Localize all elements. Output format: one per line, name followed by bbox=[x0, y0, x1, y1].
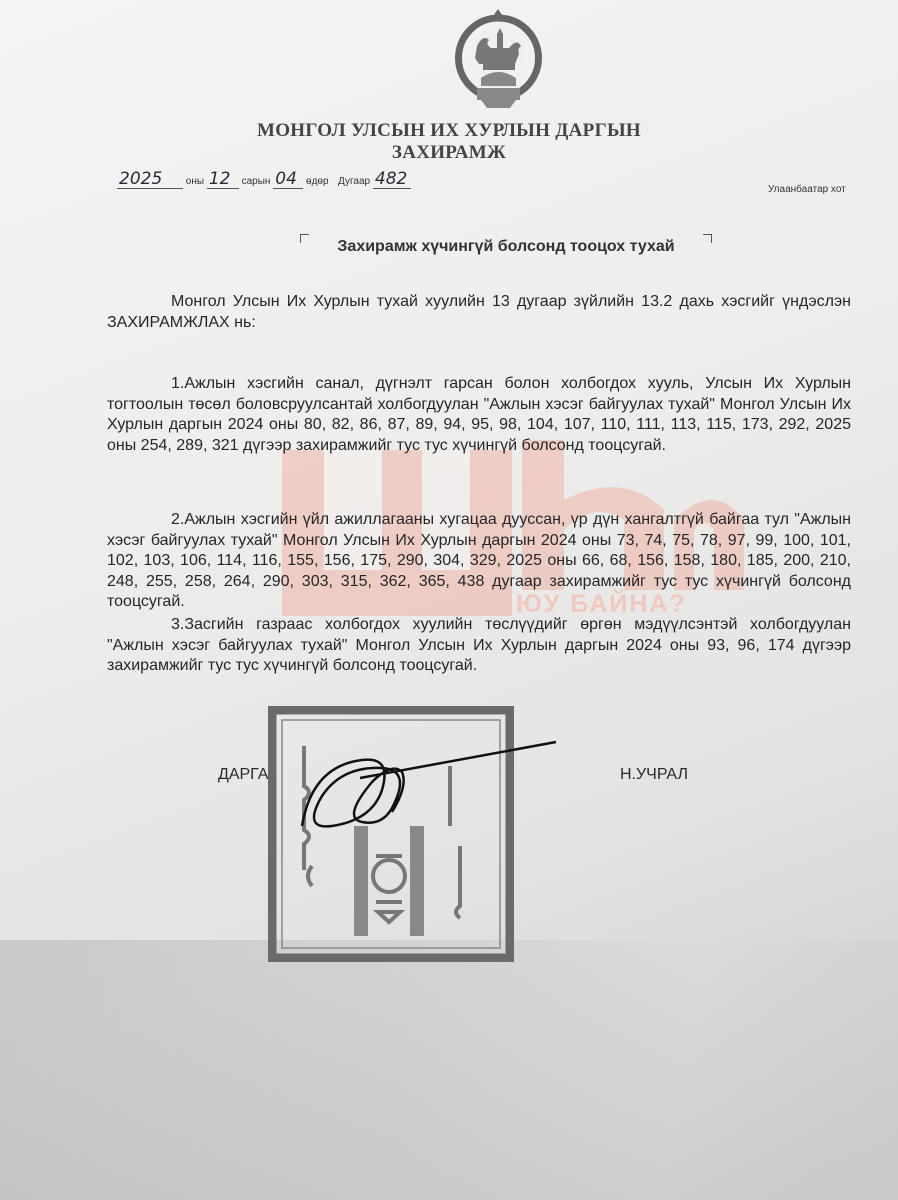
day-value: 04 bbox=[273, 170, 303, 189]
year-suffix: оны bbox=[186, 176, 204, 187]
number-label: Дугаар bbox=[338, 176, 370, 187]
preamble: Монгол Улсын Их Хурлын тухай хуулийн 13 … bbox=[107, 292, 851, 333]
signature-mark-icon bbox=[300, 738, 560, 838]
paper-shadow bbox=[0, 940, 898, 1200]
clause-3: 3.Засгийн газраас холбогдох хуулийн төсл… bbox=[107, 615, 851, 677]
signatory-name: Н.УЧРАЛ bbox=[620, 766, 688, 784]
number-field: Дугаар 482 bbox=[338, 170, 411, 189]
date-field: 2025 оны 12 сарын 04 өдөр bbox=[117, 170, 329, 189]
state-emblem-icon bbox=[451, 6, 546, 114]
clause-2: 2.Ажлын хэсгийн үйл ажиллагааны хугацаа … bbox=[107, 510, 851, 613]
month-suffix: сарын bbox=[242, 176, 271, 187]
clause-1: 1.Ажлын хэсгийн санал, дүгнэлт гарсан бо… bbox=[107, 374, 851, 456]
subject-heading: Захирамж хүчингүй болсонд тооцох тухай bbox=[300, 238, 712, 256]
year-value: 2025 bbox=[117, 170, 183, 189]
city: Улаанбаатар хот bbox=[768, 184, 846, 195]
bracket-right bbox=[703, 234, 712, 243]
document-type-title: ЗАХИРАМЖ bbox=[0, 142, 898, 164]
month-value: 12 bbox=[207, 170, 239, 189]
bracket-left bbox=[300, 234, 309, 243]
number-value: 482 bbox=[373, 170, 411, 189]
document-issuer-title: МОНГОЛ УЛСЫН ИХ ХУРЛЫН ДАРГЫН bbox=[0, 120, 898, 142]
signatory-title: ДАРГА bbox=[218, 766, 268, 784]
day-suffix: өдөр bbox=[306, 176, 329, 187]
subject-text: Захирамж хүчингүй болсонд тооцох тухай bbox=[337, 238, 674, 255]
